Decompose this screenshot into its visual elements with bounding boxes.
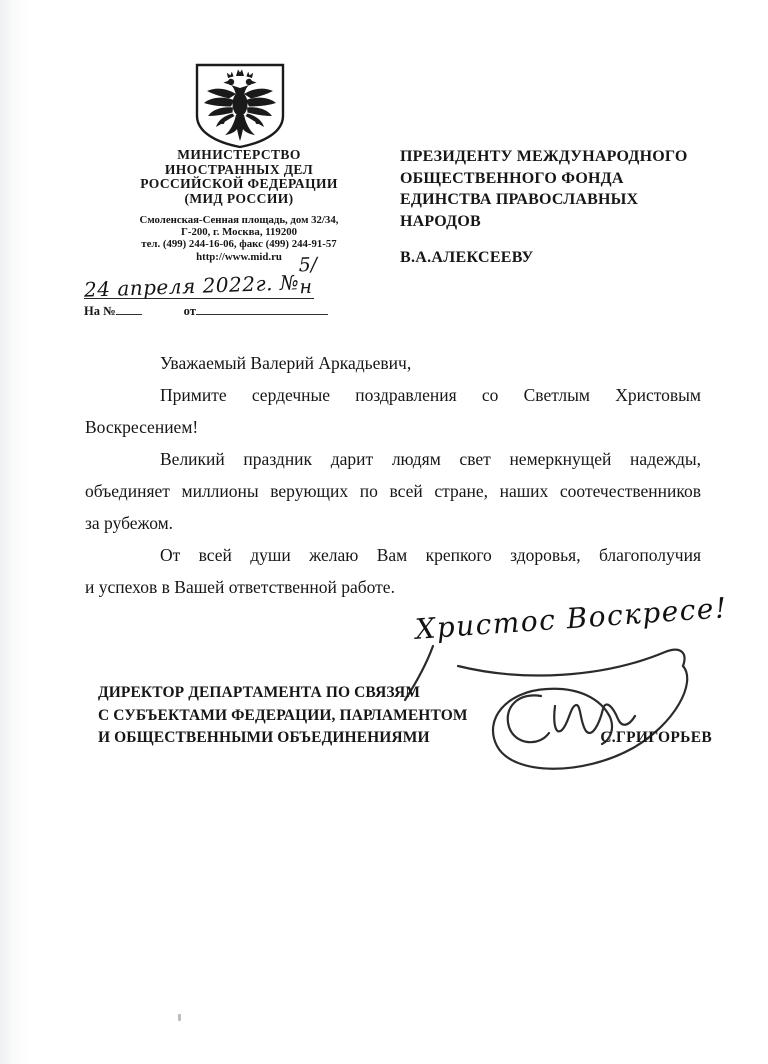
recipient-line: ОБЩЕСТВЕННОГО ФОНДА [400, 168, 710, 190]
coat-of-arms-icon [190, 62, 290, 150]
recipient-line: ПРЕЗИДЕНТУ МЕЖДУНАРОДНОГО [400, 146, 710, 168]
ministry-name-block: МИНИСТЕРСТВО ИНОСТРАННЫХ ДЕЛ РОССИЙСКОЙ … [88, 148, 390, 206]
ministry-line: РОССИЙСКОЙ ФЕДЕРАЦИИ [88, 177, 390, 192]
reply-from-label: от [184, 304, 196, 318]
ministry-line: ИНОСТРАННЫХ ДЕЛ [88, 163, 390, 178]
letter-body: Уважаемый Валерий Аркадьевич, Примите се… [85, 347, 701, 603]
signer-name: С.ГРИГОРЬЕВ [600, 727, 712, 750]
body-line: Великий праздник дарит людям свет немерк… [85, 443, 701, 475]
body-line: От всей души желаю Вам крепкого здоровья… [85, 539, 701, 571]
reply-no-label: На № [84, 304, 116, 318]
signoff-block: ДИРЕКТОР ДЕПАРТАМЕНТА ПО СВЯЗЯМ С СУБЪЕК… [98, 682, 712, 750]
address-line: http://www.mid.ru [88, 251, 390, 263]
ministry-address-block: Смоленская-Сенная площадь, дом 32/34, Г-… [88, 214, 390, 263]
recipient-line: НАРОДОВ [400, 211, 710, 233]
body-line: объединяет миллионы верующих по всей стр… [85, 475, 701, 507]
reply-reference-line: На №от [84, 303, 328, 319]
reply-no-blank [116, 303, 142, 315]
address-line: Смоленская-Сенная площадь, дом 32/34, [88, 214, 390, 226]
body-line: за рубежом. [85, 507, 701, 539]
ministry-line: МИНИСТЕРСТВО [88, 148, 390, 163]
recipient-line: ЕДИНСТВА ПРАВОСЛАВНЫХ [400, 189, 710, 211]
handwritten-number: 5/н [298, 254, 318, 299]
recipient-name: В.А.АЛЕКСЕЕВУ [400, 249, 534, 267]
scanned-letter-page: МИНИСТЕРСТВО ИНОСТРАННЫХ ДЕЛ РОССИЙСКОЙ … [0, 0, 768, 1064]
signoff-title-line: С СУБЪЕКТАМИ ФЕДЕРАЦИИ, ПАРЛАМЕНТОМ [98, 705, 712, 728]
body-line: Примите сердечные поздравления со Светлы… [85, 379, 701, 411]
recipient-block: ПРЕЗИДЕНТУ МЕЖДУНАРОДНОГО ОБЩЕСТВЕННОГО … [400, 146, 710, 232]
body-line: Уважаемый Валерий Аркадьевич, [85, 347, 701, 379]
scan-edge-shadow [0, 0, 30, 1064]
address-line: тел. (499) 244-16-06, факс (499) 244-91-… [88, 238, 390, 250]
outgoing-date-number-line: 24 апреля 2022г. № 5/н [84, 262, 314, 299]
signoff-title-line: ДИРЕКТОР ДЕПАРТАМЕНТА ПО СВЯЗЯМ [98, 682, 712, 705]
reply-from-blank [196, 303, 328, 315]
address-line: Г-200, г. Москва, 119200 [88, 226, 390, 238]
scan-artifact-speck [178, 1014, 181, 1021]
ministry-line: (МИД РОССИИ) [88, 192, 390, 207]
handwritten-date: 24 апреля 2022г. № [84, 270, 300, 301]
body-line: Воскресением! [85, 411, 701, 443]
